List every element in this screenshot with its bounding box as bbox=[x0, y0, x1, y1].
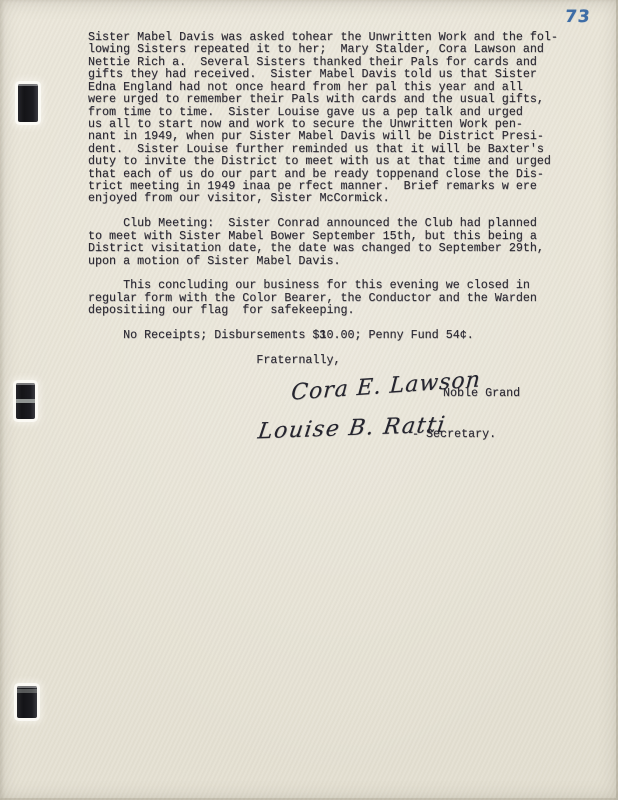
binding-post-middle bbox=[16, 383, 35, 419]
page-number: 73 bbox=[564, 7, 592, 27]
overtyped-digit: 3 bbox=[319, 329, 326, 341]
noble-grand-title: Noble Grand bbox=[443, 387, 520, 399]
binding-post-top bbox=[18, 84, 38, 122]
binding-post-highlight bbox=[16, 399, 35, 403]
typed-minutes-text: Sister Mabel Davis was asked tohear the … bbox=[88, 31, 600, 366]
binding-post-bottom bbox=[17, 686, 37, 718]
secretary-title: - Secretary. bbox=[412, 428, 496, 440]
binding-post-highlight bbox=[17, 689, 37, 693]
scanned-minutes-page: 73 Sister Mabel Davis was asked tohear t… bbox=[0, 0, 618, 800]
